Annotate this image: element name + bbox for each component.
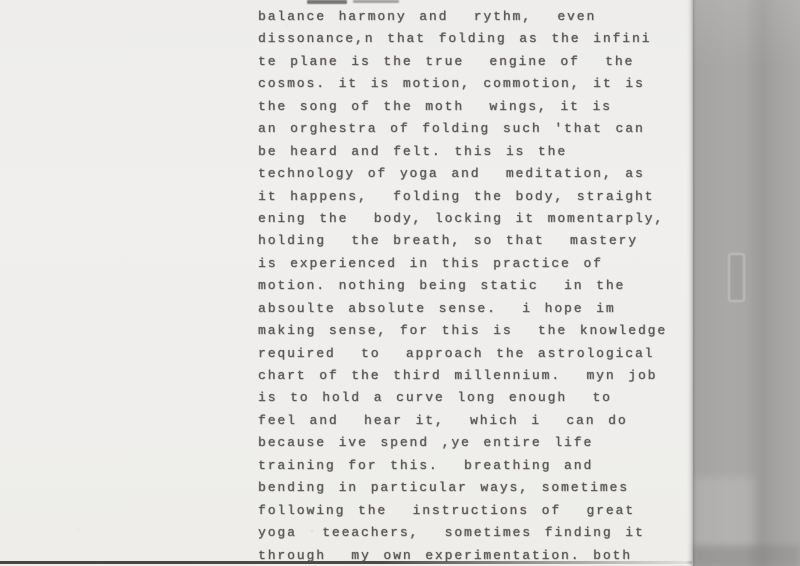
text-line: an orghestra of folding such 'that can: [258, 118, 678, 140]
text-line: yoga teeachers, sometimes finding it: [258, 522, 678, 544]
text-line: following the instructions of great: [258, 500, 678, 522]
text-line: cosmos. it is motion, commotion, it is: [258, 73, 678, 95]
text-line: absoulte absolute sense. i hope im: [258, 298, 678, 320]
text-line: feel and hear it, which i can do: [258, 410, 678, 432]
text-line: technology of yoga and meditation, as: [258, 163, 678, 185]
text-line: dissonance,n that folding as the infini: [258, 28, 678, 50]
text-line: ening the body, locking it momentarply,: [258, 208, 678, 230]
cutoff-text-fragment: [353, 0, 399, 3]
text-line: because ive spend ,ye entire life: [258, 432, 678, 454]
text-line: is experienced in this practice of: [258, 253, 678, 275]
embossed-rectangle: [728, 253, 745, 302]
text-line: it happens, folding the body, straight: [258, 186, 678, 208]
text-line: balance harmony and rythm, even: [258, 6, 678, 28]
text-line: required to approach the astrological: [258, 343, 678, 365]
text-line: motion. nothing being static in the: [258, 275, 678, 297]
typewritten-text-block: balance harmony and rythm, evendissonanc…: [258, 6, 678, 566]
text-line: holding the breath, so that mastery: [258, 230, 678, 252]
text-line: the song of the moth wings, it is: [258, 96, 678, 118]
scanner-background: [693, 0, 800, 566]
text-line: making sense, for this is the knowledge: [258, 320, 678, 342]
corner-shadow: [693, 545, 800, 566]
text-line: be heard and felt. this is the: [258, 141, 678, 163]
text-line: training for this. breathing and: [258, 455, 678, 477]
light-reflection-patch: [695, 477, 755, 547]
text-line: is to hold a curve long enough to: [258, 387, 678, 409]
scanned-document-page: balance harmony and rythm, evendissonanc…: [0, 0, 800, 566]
page-fold-shadow-line: [0, 561, 692, 564]
paper-sheet: balance harmony and rythm, evendissonanc…: [0, 0, 693, 566]
cutoff-text-fragment: [307, 0, 347, 4]
text-line: bending in particular ways, sometimes: [258, 477, 678, 499]
text-line: chart of the third millennium. myn job: [258, 365, 678, 387]
text-line: te plane is the true engine of the: [258, 51, 678, 73]
